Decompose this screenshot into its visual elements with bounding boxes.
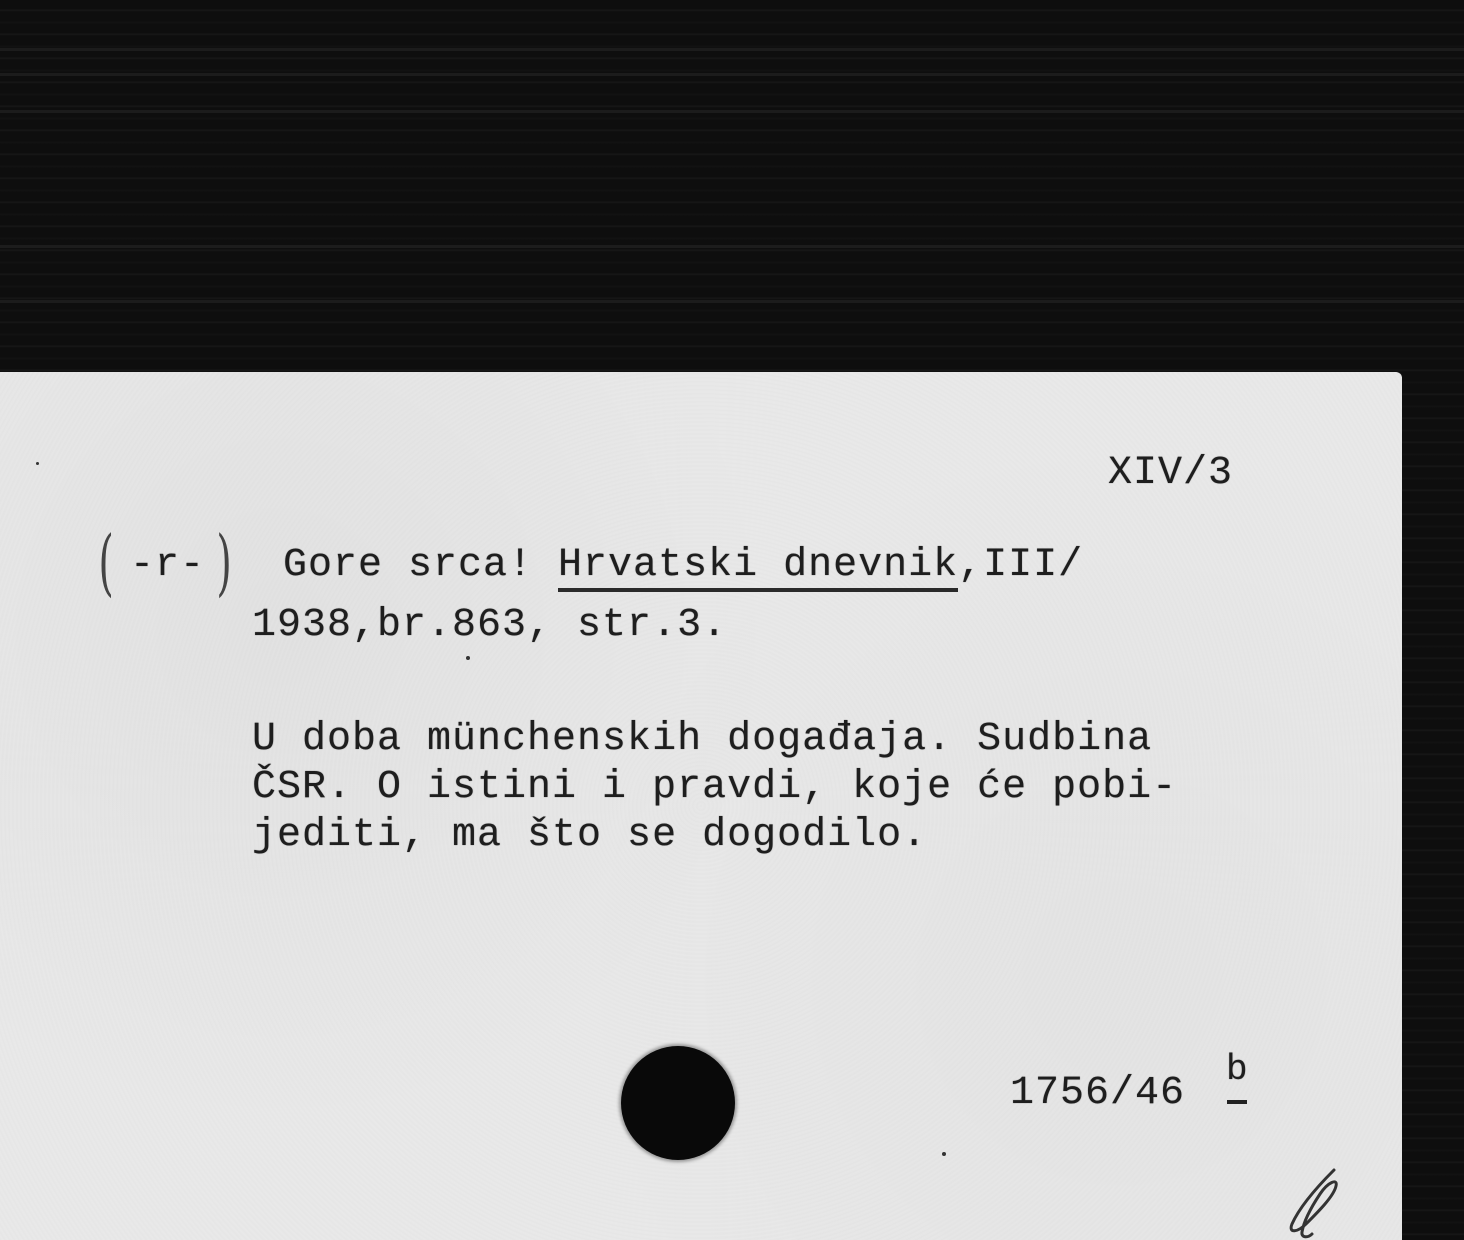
punch-hole — [621, 1046, 735, 1160]
scan-line — [0, 300, 1464, 303]
summary-line: U doba münchenskih događaja. Sudbina — [252, 716, 1177, 764]
scan-line — [0, 73, 1464, 76]
handwritten-initial-icon — [1282, 1162, 1352, 1240]
author-pseudonym: -r- — [130, 544, 205, 588]
catalog-card: XIV/3 ( -r- ) Gore srca! Hrvatski dnevni… — [0, 372, 1402, 1240]
inventory-underline — [1227, 1100, 1247, 1104]
right-parenthesis: ) — [216, 526, 231, 598]
summary-line: ČSR. O istini i pravdi, koje će pobi- — [252, 764, 1177, 812]
scan-line — [0, 245, 1464, 248]
ink-speck — [466, 656, 470, 660]
summary-line: jediti, ma što se dogodilo. — [252, 812, 1177, 860]
left-parenthesis: ( — [98, 526, 113, 598]
bibliographic-entry-line-1: Gore srca! Hrvatski dnevnik,III/ — [283, 544, 1083, 588]
inventory-number: 1756/46 — [1010, 1072, 1185, 1116]
ink-speck — [942, 1152, 946, 1156]
call-number: XIV/3 — [1108, 452, 1233, 496]
volume-info: ,III/ — [958, 543, 1083, 588]
publication-title: Hrvatski dnevnik — [558, 543, 958, 592]
bibliographic-entry-line-2: 1938,br.863, str.3. — [252, 604, 727, 648]
scan-line — [0, 48, 1464, 51]
summary: U doba münchenskih događaja. SudbinaČSR.… — [252, 716, 1177, 860]
inventory-superscript: b — [1226, 1048, 1249, 1092]
scan-line — [0, 110, 1464, 113]
article-title: Gore srca! — [283, 543, 558, 588]
ink-speck — [36, 462, 39, 465]
